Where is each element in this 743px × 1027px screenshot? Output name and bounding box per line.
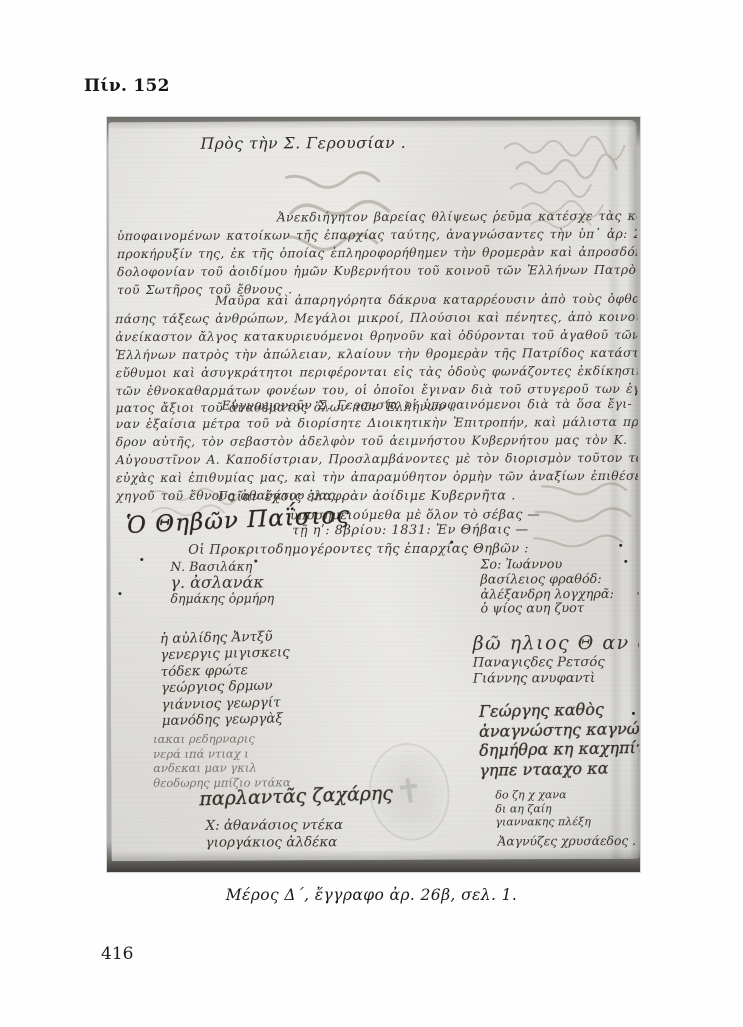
signatures-left-bottom: Χ: ἀθανάσιος ντέκαγιοργάκιος ἀλδέκα	[205, 817, 343, 851]
signatures-right-group4: δο ζη χ χαναδι αη ζαίηγιαννακης πλέξη	[495, 788, 591, 829]
signature: Χ: ἀθανάσιος ντέκα	[205, 817, 343, 834]
signature: γιαννακης πλέξη	[495, 815, 590, 829]
letter-line: Αὐγουστῖνον Α. Καποδίστριαν, Προσλαμβάνο…	[116, 450, 636, 470]
signature: δο ζη χ χανα	[495, 788, 590, 802]
signature: δι αη ζαίη	[495, 802, 590, 816]
signature: μανόδης γεωργὰξ	[162, 710, 292, 729]
letter-line: δολοφονίαν τοῦ ἀοιδίμου ἡμῶν Κυβερνήτου …	[117, 262, 637, 282]
letter-line: εὔθυμοι καὶ ἀσυγκράτητοι περιφέρονται εἰ…	[115, 362, 635, 382]
signature: νερά ιπά ντιαχ ι	[153, 746, 290, 761]
letter-line: Εὐγνωμονοῦν Σ. Γερουσία οἱ ὑποφαινόμενοι…	[116, 396, 636, 416]
signature: βασίλειος φραθόδ:	[480, 573, 613, 588]
letter-heading: Πρὸς τὴν Σ. Γερουσίαν .	[200, 134, 406, 153]
letter-line: δρον αὐτῆς, τὸν σεβαστὸν ἀδελφὸν τοῦ ἀει…	[116, 432, 636, 452]
seal-cross-icon: ✝	[392, 770, 426, 814]
ink-speck	[118, 592, 121, 595]
signatures-left-group3: ιακαι ρεδηρναριςνερά ιπά ντιαχ ιανδεκαι …	[153, 731, 291, 790]
paper-ragged-edge	[626, 120, 639, 859]
ink-speck	[254, 560, 257, 563]
embossed-seal: ✝	[363, 738, 456, 846]
ink-speck	[450, 541, 453, 544]
book-page: Πίν. 152	[0, 0, 743, 1027]
signatures-left-group2: ἡ αὐλίδης Ἀντξῦγενεργις μιγισκειςτόδεκ φ…	[160, 628, 292, 729]
letter-line: Ἀνεκδιήγητον βαρείας θλίψεως ῥεῦμα κατέσ…	[117, 208, 637, 228]
ink-speck	[624, 560, 627, 563]
signatures-left-group1: Ν. Βασιλάκηγ. ἀσλανάκδημάκης ὁρμήρη	[170, 558, 274, 605]
signatories-header: Οἱ Προκριτοδημογέροντες τῆς ἐπαρχίας Θηβ…	[188, 541, 529, 557]
plate-caption: Μέρος Δ΄, ἔγγραφο ἀρ. 26β, σελ. 1.	[0, 886, 743, 904]
signatures-right-group1: Σο: Ἰωάννουβασίλειος φραθόδ:ἀλέξανδρη λο…	[480, 558, 614, 618]
letter-line: εὐχὰς καὶ ἐπιθυμίας μας, καὶ τὴν ἀπαραμύ…	[116, 467, 636, 487]
letter-line: πάσης τάξεως ἀνθρώπων, Μεγάλοι μικροί, Π…	[115, 309, 635, 329]
page-number: 416	[101, 944, 133, 964]
signature: ιακαι ρεδηρναρις	[153, 731, 290, 746]
letter-paragraph-1: Ἀνεκδιήγητον βαρείας θλίψεως ῥεῦμα κατέσ…	[117, 208, 637, 300]
letter-line: ναν ἐξαίσια μέτρα τοῦ νὰ διορίσητε Διοικ…	[116, 414, 636, 434]
signature: ανδεκαι μαν γκιλ	[153, 761, 290, 776]
signatures-left-bold: παρλαντᾶς ζαχάρης	[199, 785, 393, 808]
letter-line: προκήρυξίν της, ἐκ τῆς ὁποίας ἐπληροφορή…	[117, 244, 637, 264]
signature: γιοργάκιος ἀλδέκα	[205, 834, 343, 851]
manuscript-paper: Πρὸς τὴν Σ. Γερουσίαν . Ἀνεκδιήγητον βαρ…	[108, 120, 639, 861]
ink-speck	[140, 558, 143, 561]
letter-line: Μαῦρα καὶ ἀπαρηγόρητα δάκρυα καταρρέουσι…	[115, 291, 635, 311]
signature: Σο: Ἰωάννου	[480, 558, 613, 573]
signature: ὁ ψίος αυη ζυοτ	[480, 602, 613, 617]
paper-bottom-shadow	[112, 849, 640, 861]
letter-line: Ἑλλήνων πατρὸς τὴν ἀπώλειαν, κλαίουν τὴν…	[115, 345, 635, 365]
signature: ἀλέξανδρη λογχηρᾶ:	[480, 588, 613, 603]
manuscript-photo: Πρὸς τὴν Σ. Γερουσίαν . Ἀνεκδιήγητον βαρ…	[107, 117, 640, 872]
signature: παρλαντᾶς ζαχάρης	[199, 782, 393, 810]
signature: γ. ἀσλανάκ	[170, 573, 274, 590]
signature: δημάκης ὁρμήρη	[170, 590, 274, 605]
paper-top-shadow	[108, 120, 636, 130]
closing-farewell: Γαῖαν ἔχοις ἐλαφρὰν ἀοίδιμε Κυβερνῆτα .	[218, 488, 516, 504]
letter-line: ἀνείκαστον ἄλγος κατακυριευόμενοι θρηνοῦ…	[115, 327, 635, 347]
signature: γενεργις μιγισκεις	[160, 645, 290, 664]
letter-line: ὑποφαινομένων κατοίκων τῆς ἐπαρχίας ταύτ…	[117, 226, 637, 246]
plate-label: Πίν. 152	[84, 76, 170, 96]
